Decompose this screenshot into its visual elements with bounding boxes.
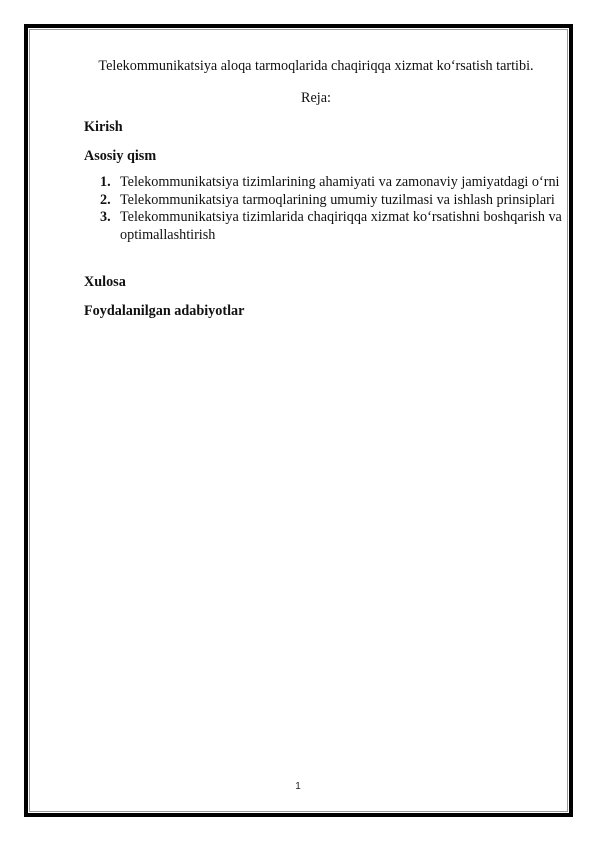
plan-item-number: 2.	[100, 192, 111, 210]
plan-item-text: Telekommunikatsiya tizimlarining ahamiya…	[120, 174, 559, 190]
page-border	[24, 24, 573, 817]
plan-item: 3. Telekommunikatsiya tizimlarida chaqir…	[84, 209, 564, 244]
section-intro: Kirish	[84, 119, 123, 136]
plan-item-text: Telekommunikatsiya tarmoqlarining umumiy…	[120, 192, 555, 208]
section-main: Asosiy qism	[84, 148, 156, 165]
plan-item: 2. Telekommunikatsiya tarmoqlarining umu…	[84, 192, 564, 210]
plan-item-text: Telekommunikatsiya tizimlarida chaqiriqq…	[120, 209, 562, 243]
document-title: Telekommunikatsiya aloqa tarmoqlarida ch…	[0, 58, 596, 75]
plan-list: 1. Telekommunikatsiya tizimlarining aham…	[84, 174, 564, 244]
section-references: Foydalanilgan adabiyotlar	[84, 303, 244, 320]
section-conclusion: Xulosa	[84, 274, 126, 291]
plan-item: 1. Telekommunikatsiya tizimlarining aham…	[84, 174, 564, 192]
plan-item-number: 3.	[100, 209, 111, 227]
plan-heading: Reja:	[0, 90, 596, 107]
page-number: 1	[0, 781, 596, 792]
plan-item-number: 1.	[100, 174, 111, 192]
